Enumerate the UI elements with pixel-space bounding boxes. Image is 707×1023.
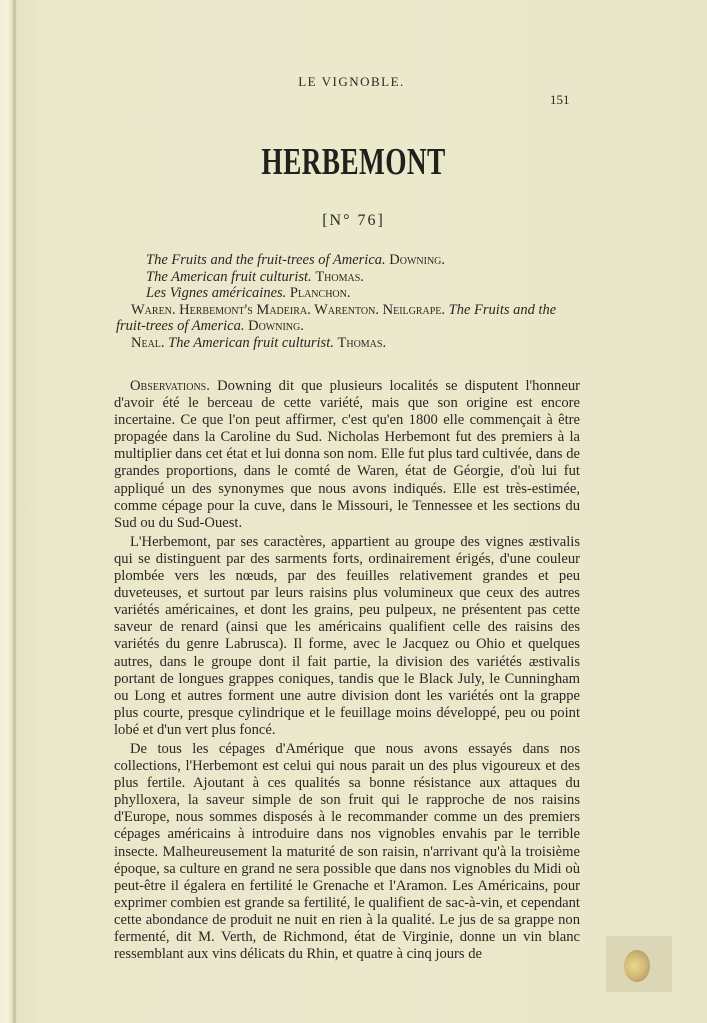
synonym-author: Thomas. <box>315 269 364 285</box>
book-page: LE VIGNOBLE. 151 HERBEMONT [N° 76] The F… <box>0 0 707 1023</box>
synonym-author: Thomas. <box>337 335 386 351</box>
paragraph-text: Downing dit que plusieurs localités se d… <box>114 378 580 531</box>
page-title: HERBEMONT <box>99 140 608 184</box>
synonym-work-title: fruit-trees of America. <box>116 318 244 334</box>
synonym-line: Les Vignes américaines. Planchon. <box>116 285 586 302</box>
book-spine-edge <box>13 0 16 1023</box>
paragraph-cultivation: De tous les cépages d'Amérique que nous … <box>114 741 580 963</box>
paragraph-observations: Observations. Downing dit que plusieurs … <box>114 378 580 532</box>
synonym-author: Downing. <box>389 252 445 268</box>
corner-thumbnail-image <box>606 936 672 992</box>
synonym-line: Neal. The American fruit culturist. Thom… <box>116 335 586 352</box>
running-head: LE VIGNOBLE. <box>0 74 707 90</box>
synonym-line: fruit-trees of America. Downing. <box>116 318 586 335</box>
synonym-work-title: The Fruits and the fruit-trees of Americ… <box>146 252 386 268</box>
paragraph-characteristics: L'Herbemont, par ses caractères, apparti… <box>114 534 580 739</box>
page-number: 151 <box>550 92 570 108</box>
synonym-author: Planchon. <box>290 285 351 301</box>
synonym-work-title: Les Vignes américaines. <box>146 285 286 301</box>
synonym-line: Waren. Herbemont's Madeira. Warenton. Ne… <box>116 302 586 319</box>
synonym-names: Waren. Herbemont's Madeira. Warenton. Ne… <box>131 302 445 318</box>
synonym-author: Downing. <box>248 318 304 334</box>
synonyms-list: The Fruits and the fruit-trees of Americ… <box>116 252 586 351</box>
entry-number: [N° 76] <box>0 212 707 230</box>
synonym-names: Neal. <box>131 335 165 351</box>
body-text: Observations. Downing dit que plusieurs … <box>114 378 580 963</box>
synonym-work-title: The Fruits and the <box>449 302 557 318</box>
synonym-line: The Fruits and the fruit-trees of Americ… <box>116 252 586 269</box>
running-head-text: LE VIGNOBLE. <box>298 74 405 89</box>
synonym-work-title: The American fruit culturist. <box>168 335 334 351</box>
observations-label: Observations. <box>130 378 210 394</box>
synonym-line: The American fruit culturist. Thomas. <box>116 269 586 286</box>
thumbnail-figure <box>624 950 650 982</box>
synonym-work-title: The American fruit culturist. <box>146 269 312 285</box>
